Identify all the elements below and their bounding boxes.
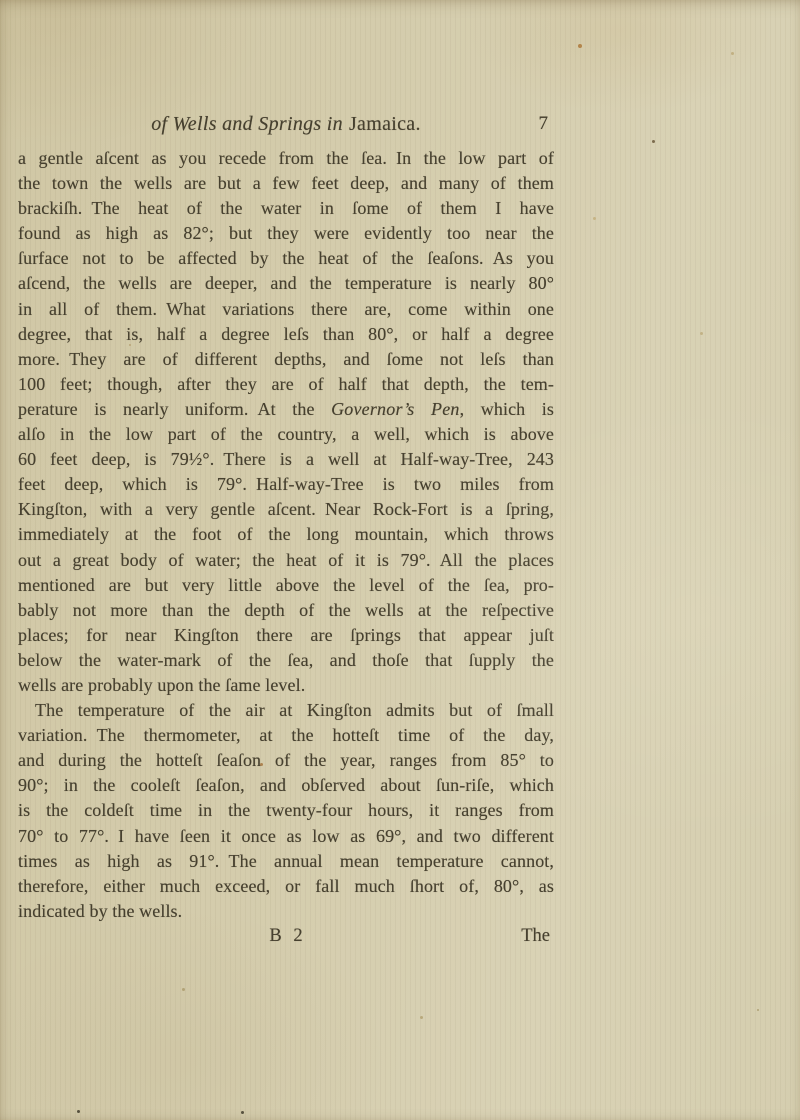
- paper-speck: [757, 1009, 759, 1011]
- text-line: feet deep, which is 79°. Half-way-Tree i…: [18, 472, 554, 497]
- text-line: found as high as 82°; but they were evid…: [18, 221, 554, 246]
- running-title: of Wells and Springs inJamaica.: [18, 111, 554, 137]
- text-line: brackiſh. The heat of the water in ſome …: [18, 196, 554, 221]
- text-line: wells are probably upon the ſame level.: [18, 673, 554, 698]
- running-title-place: Jamaica.: [349, 113, 421, 135]
- text-line: variation. The thermometer, at the hotte…: [18, 723, 554, 748]
- text-line: 90°; in the cooleſt ſeaſon, and obſerved…: [18, 773, 554, 798]
- text-line: places; for near Kingſton there are ſpri…: [18, 623, 554, 648]
- running-title-italic: of Wells and Springs in: [151, 113, 343, 135]
- text-line: therefore, either much exceed, or fall m…: [18, 874, 554, 899]
- text-line: indicated by the wells.: [18, 899, 554, 924]
- paper-speck: [652, 140, 655, 143]
- footer-line: B 2 The: [18, 923, 554, 949]
- paper-speck: [77, 1110, 80, 1113]
- text-line: times as high as 91°. The annual mean te…: [18, 849, 554, 874]
- text-line: in all of them. What variations there ar…: [18, 297, 554, 322]
- text-line: and during the hotteſt ſeaſon of the yea…: [18, 748, 554, 773]
- paper-speck: [182, 988, 185, 991]
- running-header: of Wells and Springs inJamaica. 7: [18, 111, 554, 137]
- signature-mark: B 2: [18, 923, 554, 949]
- text-line: alſo in the low part of the country, a w…: [18, 422, 554, 447]
- body-text: a gentle aſcent as you recede from the ſ…: [18, 146, 554, 924]
- text-line: 60 feet deep, is 79½°. There is a well a…: [18, 447, 554, 472]
- text-line: degree, that is, half a degree leſs than…: [18, 322, 554, 347]
- text-line: aſcend, the wells are deeper, and the te…: [18, 271, 554, 296]
- text-line: 100 feet; though, after they are of half…: [18, 372, 554, 397]
- catchword: The: [521, 923, 550, 949]
- page-number: 7: [539, 111, 549, 137]
- paper-speck: [593, 217, 596, 220]
- text-line: 70° to 77°. I have ſeen it once as low a…: [18, 824, 554, 849]
- text-line: ſurface not to be affected by the heat o…: [18, 246, 554, 271]
- text-line: perature is nearly uniform. At the Gover…: [18, 397, 554, 422]
- text-line: mentioned are but very little above the …: [18, 573, 554, 598]
- paper-speck: [731, 52, 734, 55]
- text-line: The temperature of the air at Kingſton a…: [18, 698, 554, 723]
- text-line: immediately at the foot of the long moun…: [18, 522, 554, 547]
- paper-speck: [578, 44, 582, 48]
- text-line: more. They are of different depths, and …: [18, 347, 554, 372]
- text-line: below the water-mark of the ſea, and tho…: [18, 648, 554, 673]
- text-line: Kingſton, with a very gentle aſcent. Nea…: [18, 497, 554, 522]
- text-line: the town the wells are but a few feet de…: [18, 171, 554, 196]
- paper-speck: [241, 1111, 244, 1114]
- paper-speck: [700, 332, 703, 335]
- book-page: of Wells and Springs inJamaica. 7 a gent…: [0, 0, 800, 1120]
- text-line: bably not more than the depth of the wel…: [18, 598, 554, 623]
- text-line: is the coldeſt time in the twenty-four h…: [18, 798, 554, 823]
- paper-speck: [420, 1016, 423, 1019]
- text-line: a gentle aſcent as you recede from the ſ…: [18, 146, 554, 171]
- text-line: out a great body of water; the heat of i…: [18, 548, 554, 573]
